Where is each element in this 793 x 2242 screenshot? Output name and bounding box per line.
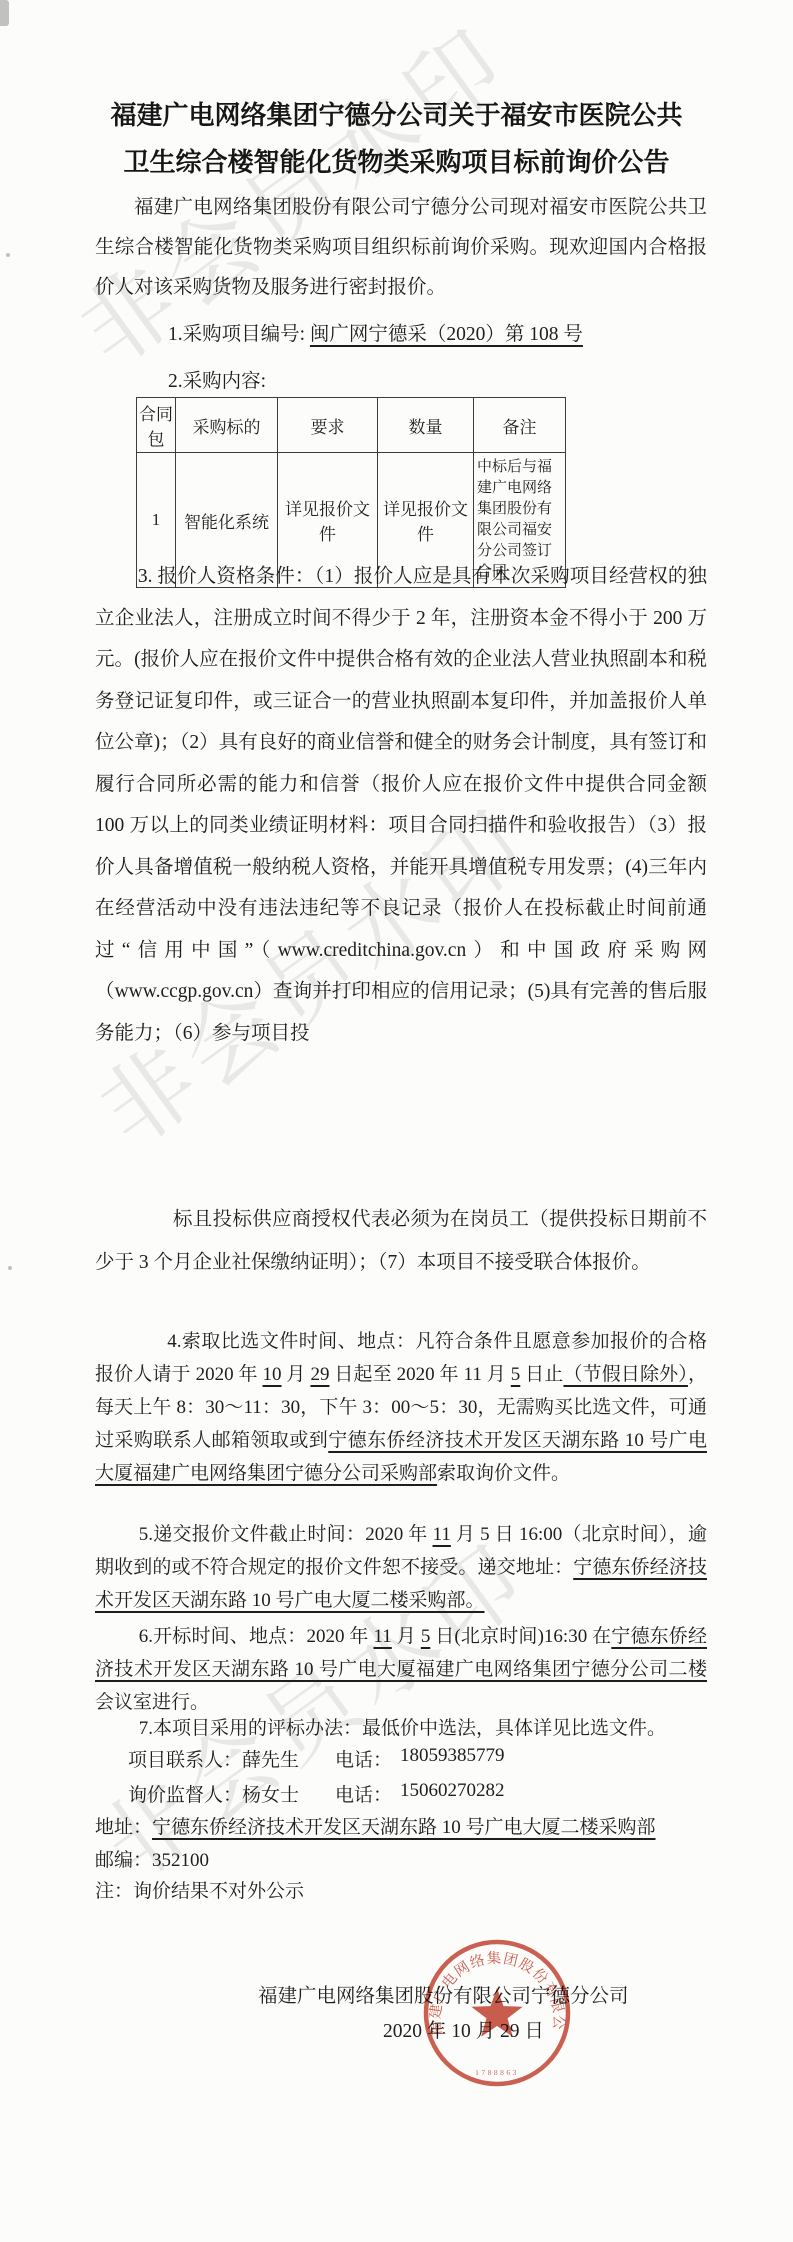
- plain-text: 日止: [520, 1364, 563, 1385]
- underlined-text: 5: [511, 1364, 521, 1385]
- plain-text: 日(北京时间)16:30 在: [430, 1626, 611, 1647]
- underlined-text: 10: [263, 1364, 282, 1385]
- scan-artifact-dot: [6, 253, 10, 257]
- plain-text: 6.开标时间、地点：2020 年: [139, 1626, 374, 1647]
- phone-number: 15060270282: [400, 1780, 505, 1802]
- seal-serial: 1788863: [475, 2068, 519, 2077]
- section-5-submission-deadline: 5.递交报价文件截止时间：2020 年 11 月 5 日 16:00（北京时间）…: [95, 1518, 707, 1617]
- contact-role: 项目联系人：: [128, 1750, 242, 1771]
- postal-code: 邮编：352100: [95, 1845, 209, 1872]
- underlined-text: 11: [433, 1524, 451, 1545]
- contact-name: 杨女士: [242, 1785, 299, 1806]
- table-header-cell: 要求: [278, 398, 378, 453]
- item-purchase-content: 2.采购内容:: [168, 365, 266, 393]
- title-line-1: 福建广电网络集团宁德分公司关于福安市医院公共: [60, 92, 733, 139]
- section-7-evaluation-method: 7.本项目采用的评标办法：最低价中选法，具体详见比选文件。: [95, 1712, 707, 1745]
- phone-number: 18059385779: [400, 1745, 505, 1767]
- plain-text: 地址：: [95, 1817, 152, 1838]
- underlined-text: （节假日除外）: [563, 1364, 687, 1385]
- contact-label: 项目联系人：薛先生: [128, 1745, 299, 1772]
- table-header-cell: 数量: [378, 398, 474, 453]
- seal-star-icon: [471, 1988, 522, 2037]
- table-header-cell: 采购标的: [176, 398, 278, 453]
- table-header-row: 合同包采购标的要求数量备注: [137, 398, 566, 453]
- section-3-qualifications: 3. 报价人资格条件：（1）报价人应是具有本次采购项目经营权的独立企业法人，注册…: [95, 556, 707, 1054]
- item-project-number: 1.采购项目编号: 闽广网宁德采（2020）第 108 号: [168, 318, 583, 346]
- item2-label: 2.采购内容:: [168, 371, 266, 392]
- scan-edge-artifact: [0, 0, 9, 26]
- contact-name: 薛先生: [242, 1750, 299, 1771]
- scanned-document-page: 非会员水印 非会员水印 非会员水印 福建广电网络集团宁德分公司关于福安市医院公共…: [0, 0, 793, 2242]
- section-6-bid-opening: 6.开标时间、地点：2020 年 11 月 5 日(北京时间)16:30 在宁德…: [95, 1620, 707, 1719]
- plain-text: 月: [282, 1364, 311, 1385]
- contact-row-supervisor: 询价监督人：杨女士 电话： 15060270282: [0, 1780, 793, 1810]
- plain-text: 日起至 2020 年 11 月: [329, 1364, 510, 1385]
- underlined-text: 5: [421, 1626, 431, 1647]
- address-line: 地址：宁德东侨经济技术开发区天湖东路 10 号广电大厦二楼采购部: [95, 1813, 707, 1843]
- item1-label: 1.采购项目编号:: [168, 324, 305, 345]
- section-4-document-collection: 4.索取比选文件时间、地点：凡符合条件且愿意参加报价的合格报价人请于 2020 …: [95, 1325, 707, 1490]
- contact-row-project: 项目联系人：薛先生 电话： 18059385779: [0, 1745, 793, 1775]
- underlined-text: 29: [310, 1364, 329, 1385]
- company-seal: 福建广电网络集团股份有限公司宁德分公司 1788863: [412, 1928, 582, 2098]
- note-line: 注：询价结果不对外公示: [95, 1876, 304, 1903]
- plain-text: 月: [392, 1626, 421, 1647]
- contact-role: 询价监督人：: [128, 1785, 242, 1806]
- plain-text: 索取询价文件。: [437, 1463, 570, 1484]
- plain-text: 会议室进行。: [95, 1692, 209, 1713]
- contact-label: 询价监督人：杨女士: [128, 1780, 299, 1807]
- table-header-cell: 备注: [474, 398, 566, 453]
- plain-text: 5.递交报价文件截止时间：2020 年: [139, 1524, 433, 1545]
- intro-paragraph: 福建广电网络集团股份有限公司宁德分公司现对福安市医院公共卫生综合楼智能化货物类采…: [95, 188, 707, 308]
- underlined-text: 11: [374, 1626, 392, 1647]
- section-3-continued: 标且投标供应商授权代表必须为在岗员工（提供投标日期前不少于 3 个月企业社保缴纳…: [95, 1198, 707, 1284]
- underlined-text: 宁德东侨经济技术开发区天湖东路 10 号广电大厦二楼采购部: [152, 1817, 656, 1838]
- document-title: 福建广电网络集团宁德分公司关于福安市医院公共 卫生综合楼智能化货物类采购项目标前…: [60, 92, 733, 186]
- table-header-cell: 合同包: [137, 398, 176, 453]
- phone-label: 电话：: [335, 1745, 392, 1772]
- scan-artifact-dot: [8, 1266, 12, 1270]
- item1-value: 闽广网宁德采（2020）第 108 号: [310, 324, 583, 345]
- title-line-2: 卫生综合楼智能化货物类采购项目标前询价公告: [60, 139, 733, 186]
- phone-label: 电话：: [335, 1780, 392, 1807]
